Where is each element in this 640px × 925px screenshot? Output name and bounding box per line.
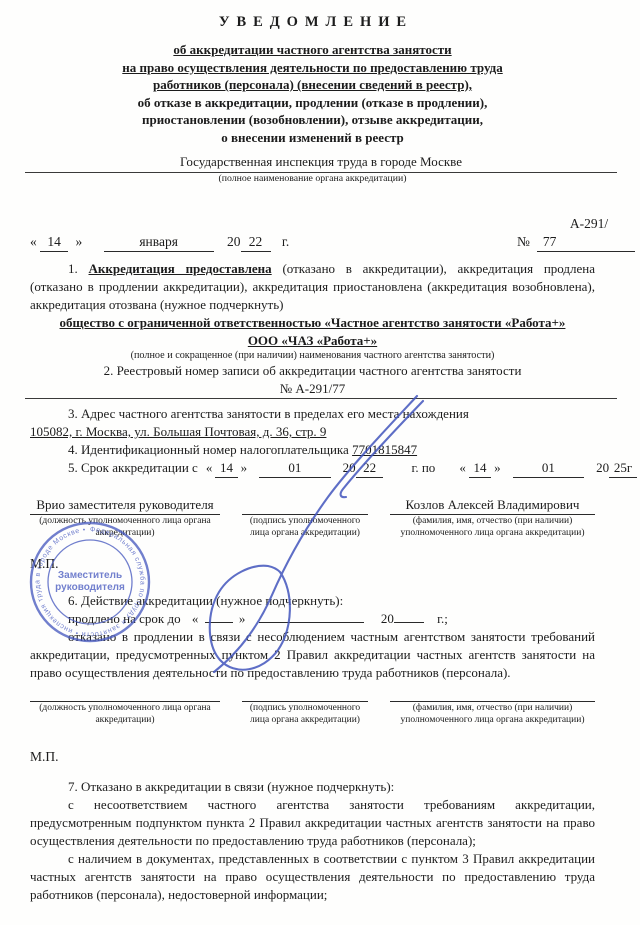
- document-date: « 14 » января 2022 г.: [30, 233, 289, 252]
- signature-caption: (подпись уполномоченного лица органа акк…: [242, 703, 368, 726]
- seal-placeholder-2: М.П.: [30, 748, 595, 766]
- item7-paragraph-1: с несоответствием частного агентства зан…: [30, 796, 595, 850]
- item4-label: 4. Идентификационный номер налогоплатель…: [68, 442, 349, 457]
- name-line: [390, 694, 595, 702]
- accreditation-body-caption: (полное наименование органа аккредитации…: [30, 173, 595, 185]
- stamp-center-line2: руководителя: [55, 582, 125, 593]
- name-caption: (фамилия, имя, отчество (при наличии) уп…: [390, 516, 595, 539]
- document-subtitle: об аккредитации частного агентства занят…: [30, 41, 595, 146]
- blank-month-field: [259, 622, 364, 623]
- date-day-field: 14: [40, 233, 68, 252]
- signature-column: (подпись уполномоченного лица органа акк…: [242, 496, 368, 539]
- subtitle-line: об аккредитации частного агентства занят…: [30, 41, 595, 59]
- signatory-position-value: Врио заместителя руководителя: [30, 496, 220, 515]
- document-number: А-291/ № 77: [517, 215, 635, 252]
- term-start-century: 20: [343, 459, 356, 477]
- item4-line: 4. Идентификационный номер налогоплатель…: [30, 441, 595, 459]
- date-and-number-row: « 14 » января 2022 г. А-291/ № 77: [30, 215, 595, 252]
- document-number-field: 77: [537, 233, 635, 252]
- item7-paragraph-2: с наличием в документах, представленных …: [30, 850, 595, 904]
- item5-label: 5. Срок аккредитации с: [68, 459, 198, 477]
- accreditation-body-name: Государственная инспекция труда в городе…: [25, 153, 617, 173]
- date-year-field: 22: [241, 233, 271, 252]
- signatory-position-column: (должность уполномоченного лица органа а…: [30, 694, 220, 726]
- quote-close: »: [494, 459, 501, 477]
- date-century: 20: [227, 234, 241, 249]
- company-short-name: ООО «ЧАЗ «Работа+»: [30, 332, 595, 350]
- subtitle-line: работников (персонала) (внесении сведени…: [30, 76, 595, 94]
- quote-open: «: [30, 234, 37, 249]
- subtitle-line: об отказе в аккредитации, продлении (отк…: [30, 94, 595, 112]
- signatory-name-column: Козлов Алексей Владимирович (фамилия, им…: [390, 496, 595, 539]
- taxpayer-id-value: 7701815847: [352, 442, 417, 457]
- registry-number-value: № А-291/77: [30, 380, 595, 398]
- date-month-field: января: [104, 233, 214, 252]
- item5-middle: г. по: [411, 459, 435, 477]
- signatory-name-column: (фамилия, имя, отчество (при наличии) уп…: [390, 694, 595, 726]
- subtitle-line: о внесении изменений в реестр: [30, 129, 595, 147]
- quote-open: «: [206, 459, 213, 477]
- term-start-month-field: 01: [259, 459, 331, 478]
- horizontal-rule: [25, 398, 617, 399]
- term-start-day-field: 14: [215, 459, 237, 478]
- item3-label: 3. Адрес частного агентства занятости в …: [30, 405, 595, 423]
- blank-year-field: [394, 622, 424, 623]
- quote-close: »: [76, 234, 83, 249]
- quote-close: »: [239, 611, 246, 626]
- item6-line-suffix: г.;: [437, 611, 448, 626]
- blank-day-field: [205, 622, 233, 623]
- number-sign: №: [517, 233, 530, 251]
- item1-selected-option: Аккредитация предоставлена: [89, 261, 272, 276]
- signature-column: (подпись уполномоченного лица органа акк…: [242, 694, 368, 726]
- term-end-year-field: 25г: [609, 459, 637, 478]
- item5-accreditation-term: 5. Срок аккредитации с « 14 » 01 2022 г.…: [30, 459, 637, 478]
- item2-label: 2. Реестровый номер записи об аккредитац…: [30, 362, 595, 380]
- subtitle-line: приостановлении (возобновлении), отзыве …: [30, 111, 595, 129]
- term-start-year-field: 22: [356, 459, 384, 478]
- position-line: [30, 694, 220, 702]
- quote-open: «: [192, 611, 199, 626]
- stamp-center-line1: Заместитель: [58, 570, 122, 581]
- agency-address-value: 105082, г. Москва, ул. Большая Почтовая,…: [30, 423, 595, 441]
- item7-title: 7. Отказано в аккредитации в связи (нужн…: [30, 778, 595, 796]
- subtitle-line: на право осуществления деятельности по п…: [30, 59, 595, 77]
- document-number-code: А-291/: [517, 215, 635, 233]
- signature-line: [242, 496, 368, 515]
- item1-paragraph: 1. Аккредитация предоставлена (отказано …: [30, 260, 595, 314]
- scanned-document-page: УВЕДОМЛЕНИЕ об аккредитации частного аге…: [0, 0, 640, 925]
- term-end-month-field: 01: [513, 459, 585, 478]
- company-name-caption: (полное и сокращенное (при наличии) наим…: [30, 349, 595, 362]
- signatory-name-value: Козлов Алексей Владимирович: [390, 496, 595, 515]
- signature-caption: (подпись уполномоченного лица органа акк…: [242, 516, 368, 539]
- term-end-day-field: 14: [469, 459, 491, 478]
- official-round-stamp: Федеральная служба по труду и занятости …: [26, 518, 154, 646]
- date-suffix: г.: [282, 234, 289, 249]
- term-end-century: 20: [596, 459, 609, 477]
- signature-block-2: (должность уполномоченного лица органа а…: [30, 694, 595, 726]
- name-caption: (фамилия, имя, отчество (при наличии) уп…: [390, 703, 595, 726]
- signature-line: [242, 694, 368, 702]
- position-caption: (должность уполномоченного лица органа а…: [30, 703, 220, 726]
- item1-lead: 1.: [68, 261, 78, 276]
- item6-century: 20: [381, 611, 394, 626]
- document-title: УВЕДОМЛЕНИЕ: [30, 14, 595, 31]
- company-full-name: общество с ограниченной ответственностью…: [30, 314, 595, 332]
- quote-close: »: [241, 459, 248, 477]
- quote-open: «: [459, 459, 466, 477]
